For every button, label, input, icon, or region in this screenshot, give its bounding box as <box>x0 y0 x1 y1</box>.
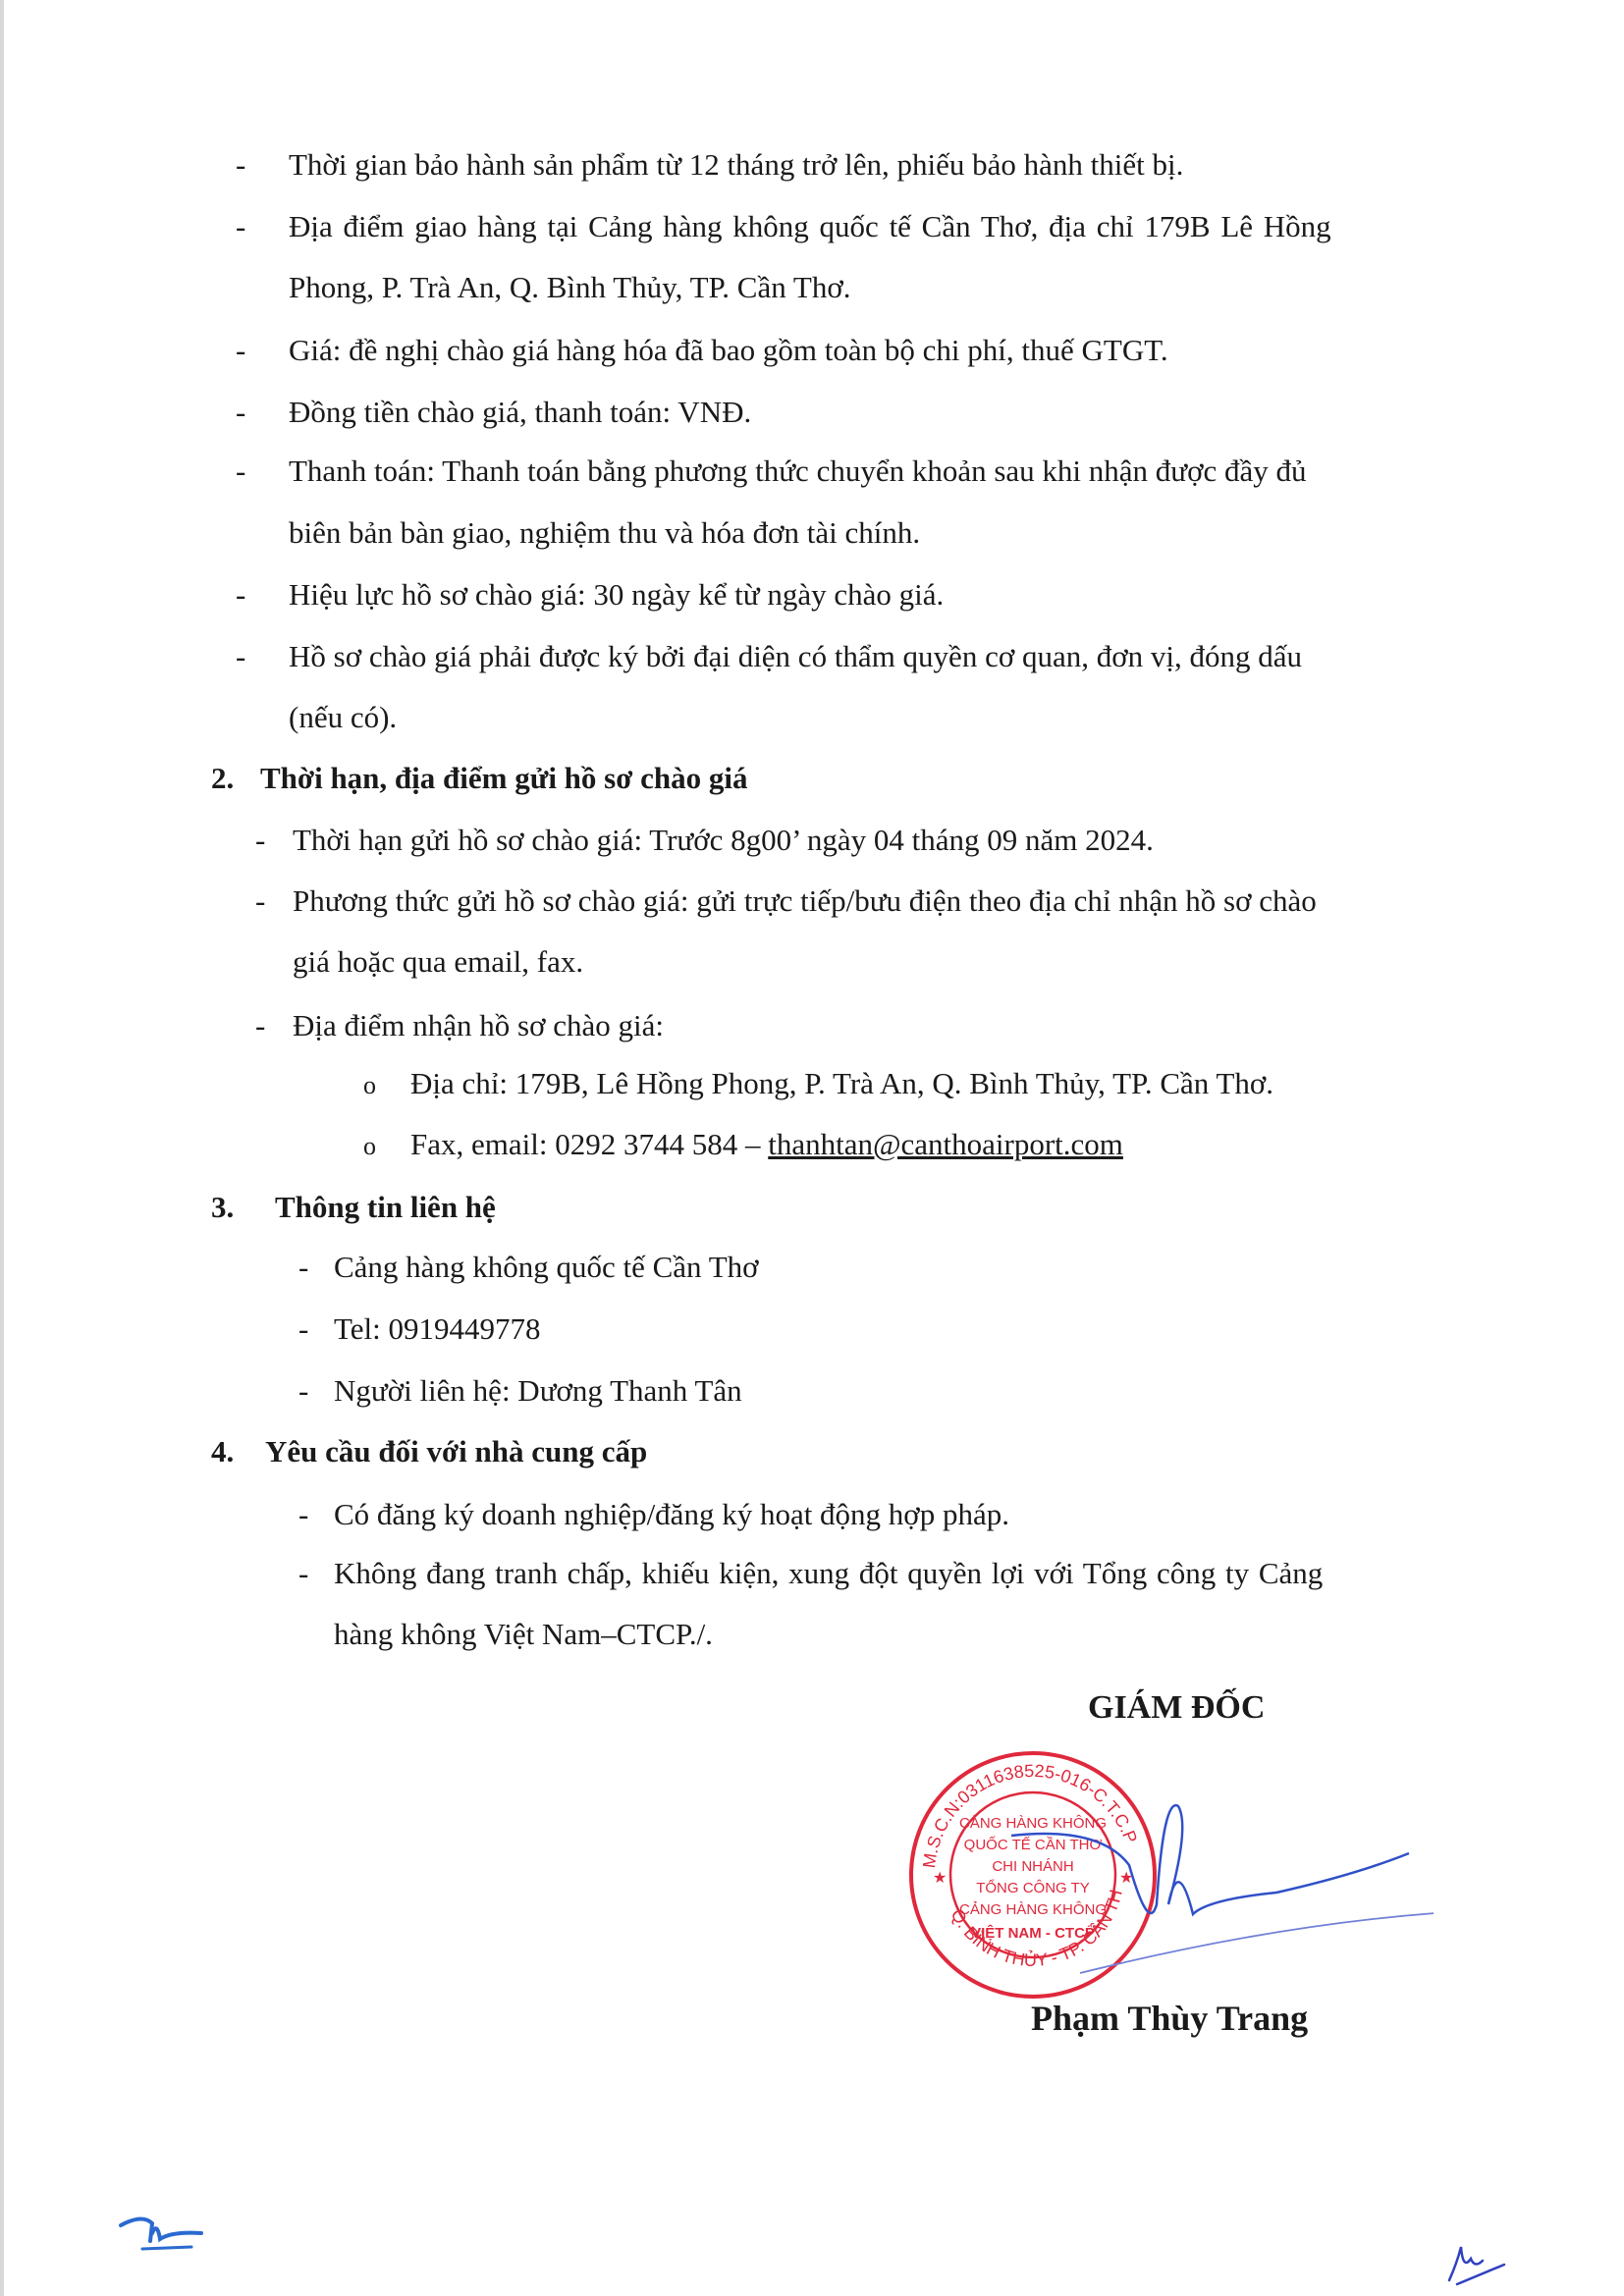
section-number: 3. <box>211 1188 234 1227</box>
section-number: 2. <box>211 759 234 798</box>
initials-icon <box>113 2214 211 2258</box>
handwritten-signature-icon <box>982 1767 1434 1983</box>
dash-bullet: - <box>255 821 265 860</box>
list-item: Hồ sơ chào giá phải được ký bởi đại diện… <box>289 637 1302 676</box>
circle-bullet: o <box>363 1066 376 1105</box>
section-heading: Thông tin liên hệ <box>275 1188 496 1227</box>
list-item: Địa điểm giao hàng tại Cảng hàng không q… <box>289 207 1331 246</box>
dash-bullet: - <box>236 575 245 614</box>
list-item: Thời hạn gửi hồ sơ chào giá: Trước 8g00’… <box>293 821 1154 860</box>
list-item: Thời gian bảo hành sản phẩm từ 12 tháng … <box>289 145 1183 185</box>
list-item: Giá: đề nghị chào giá hàng hóa đã bao gồ… <box>289 331 1168 370</box>
list-item: Cảng hàng không quốc tế Cần Thơ <box>334 1248 759 1287</box>
list-item-continuation: giá hoặc qua email, fax. <box>293 942 583 982</box>
dash-bullet: - <box>236 331 245 370</box>
dash-bullet: - <box>298 1371 308 1411</box>
list-item-continuation: Phong, P. Trà An, Q. Bình Thủy, TP. Cần … <box>289 268 851 307</box>
list-item: Người liên hệ: Dương Thanh Tân <box>334 1371 742 1411</box>
list-item: Hiệu lực hồ sơ chào giá: 30 ngày kể từ n… <box>289 575 944 614</box>
dash-bullet: - <box>236 207 245 246</box>
scan-edge <box>0 0 4 2296</box>
list-item-continuation: biên bản bàn giao, nghiệm thu và hóa đơn… <box>289 513 920 553</box>
section-heading: Thời hạn, địa điểm gửi hồ sơ chào giá <box>260 759 748 798</box>
dash-bullet: - <box>236 637 245 676</box>
list-item: Thanh toán: Thanh toán bằng phương thức … <box>289 452 1307 491</box>
dash-bullet: - <box>255 881 265 921</box>
list-item: Địa điểm nhận hồ sơ chào giá: <box>293 1006 664 1045</box>
signatory-name: Phạm Thùy Trang <box>1031 1997 1308 2040</box>
section-heading: Yêu cầu đối với nhà cung cấp <box>265 1432 647 1471</box>
list-item: Đồng tiền chào giá, thanh toán: VNĐ. <box>289 393 751 432</box>
list-item-continuation: hàng không Việt Nam–CTCP./. <box>334 1615 713 1654</box>
initials-icon <box>1443 2243 1512 2287</box>
dash-bullet: - <box>298 1309 308 1349</box>
dash-bullet: - <box>298 1554 308 1593</box>
list-item: Tel: 0919449778 <box>334 1309 541 1349</box>
sub-list-item: Địa chỉ: 179B, Lê Hồng Phong, P. Trà An,… <box>410 1064 1273 1103</box>
dash-bullet: - <box>236 145 245 185</box>
list-item: Có đăng ký doanh nghiệp/đăng ký hoạt độn… <box>334 1495 1009 1534</box>
circle-bullet: o <box>363 1127 376 1166</box>
sub-list-item: Fax, email: 0292 3744 584 – thanhtan@can… <box>410 1125 1123 1164</box>
signatory-title: GIÁM ĐỐC <box>1088 1686 1265 1730</box>
dash-bullet: - <box>255 1006 265 1045</box>
list-item-continuation: (nếu có). <box>289 698 397 737</box>
dash-bullet: - <box>236 452 245 491</box>
dash-bullet: - <box>298 1248 308 1287</box>
dash-bullet: - <box>236 393 245 432</box>
fax-email-text: Fax, email: 0292 3744 584 – <box>410 1127 768 1161</box>
list-item: Không đang tranh chấp, khiếu kiện, xung … <box>334 1554 1323 1593</box>
dash-bullet: - <box>298 1495 308 1534</box>
email-link[interactable]: thanhtan@canthoairport.com <box>768 1127 1123 1161</box>
section-number: 4. <box>211 1432 234 1471</box>
svg-text:★: ★ <box>933 1870 947 1887</box>
list-item: Phương thức gửi hồ sơ chào giá: gửi trực… <box>293 881 1317 921</box>
